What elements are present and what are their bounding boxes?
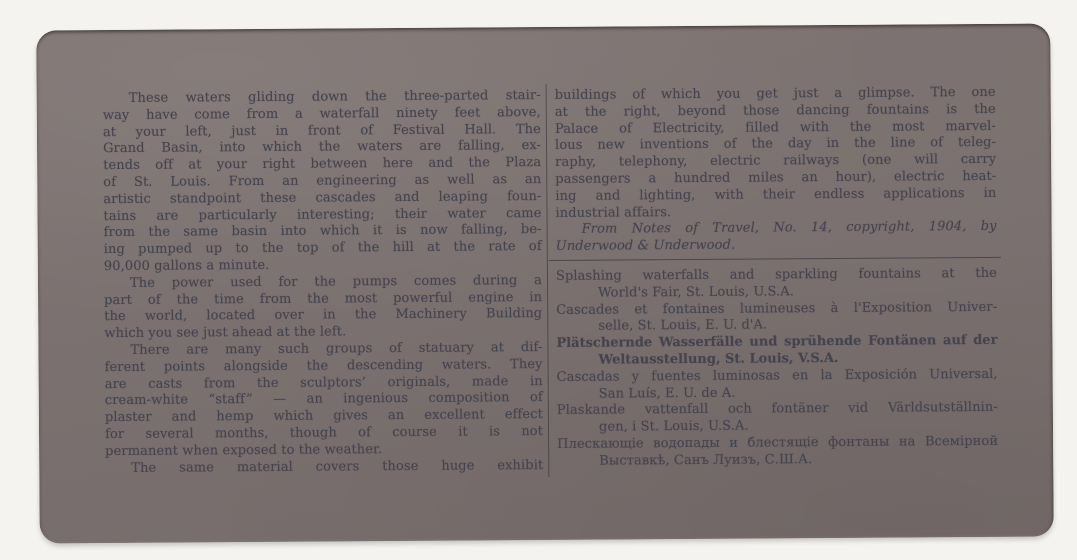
right-text-column: buildings of which you get just a glimps…	[555, 85, 999, 471]
paragraph: These waters gliding down the three-part…	[103, 88, 542, 276]
paragraph: The power used for the pumps comes durin…	[104, 273, 542, 343]
caption-line: Плескающіе водопады и блестящіе фонтаны …	[557, 434, 998, 454]
paragraph: There are many such groups of statuary a…	[104, 340, 543, 461]
caption-ru: Плескающіе водопады и блестящіе фонтаны …	[557, 434, 998, 471]
column-divider-line	[546, 84, 550, 477]
description-paragraphs: buildings of which you get just a glimps…	[555, 85, 997, 256]
text-line: ing and lighting, with their endless app…	[555, 186, 996, 206]
caption-en: Splashing waterfalls and sparkling fount…	[556, 266, 997, 303]
text-line: the world, located over in the Machinery…	[104, 306, 542, 326]
caption-line: Cascadas y fuentes luminosas en la Expos…	[557, 367, 998, 387]
text-line: The same material covers those huge exhi…	[105, 458, 543, 478]
caption-fr: Cascades et fontaines lumineuses à l'Exp…	[556, 299, 997, 336]
caption-sv: Plaskande vattenfall och fontäner vid Vä…	[557, 400, 998, 437]
caption-es: Cascadas y fuentes luminosas en la Expos…	[557, 367, 998, 404]
multilingual-captions: Splashing waterfalls and sparkling fount…	[556, 266, 998, 471]
caption-line: Выставкѣ, Санъ Луизъ, С.Ш.А.	[557, 451, 998, 471]
left-text-column: These waters gliding down the three-part…	[103, 88, 544, 477]
stereocard-back: These waters gliding down the three-part…	[36, 23, 1054, 543]
text-line: ing pumped up to the top of the hill at …	[104, 239, 542, 259]
caption-de: Plätschernde Wasserfälle und sprühende F…	[556, 333, 997, 370]
paragraph: From Notes of Travel, No. 14, copyright,…	[556, 219, 997, 256]
caption-line: Splashing waterfalls and sparkling fount…	[556, 266, 997, 286]
text-line: Underwood & Underwood.	[556, 236, 997, 256]
text-line: for several months, though of course it …	[105, 424, 543, 444]
text-line: From Notes of Travel, No. 14, copyright,…	[556, 219, 997, 239]
caption-line: Cascades et fontaines lumineuses à l'Exp…	[556, 299, 997, 319]
caption-line: Plätschernde Wasserfälle und sprühende F…	[556, 333, 997, 353]
paragraph: buildings of which you get just a glimps…	[555, 85, 997, 222]
paragraph: The same material covers those huge exhi…	[105, 458, 543, 478]
caption-line: Plaskande vattenfall och fontäner vid Vä…	[557, 400, 998, 420]
